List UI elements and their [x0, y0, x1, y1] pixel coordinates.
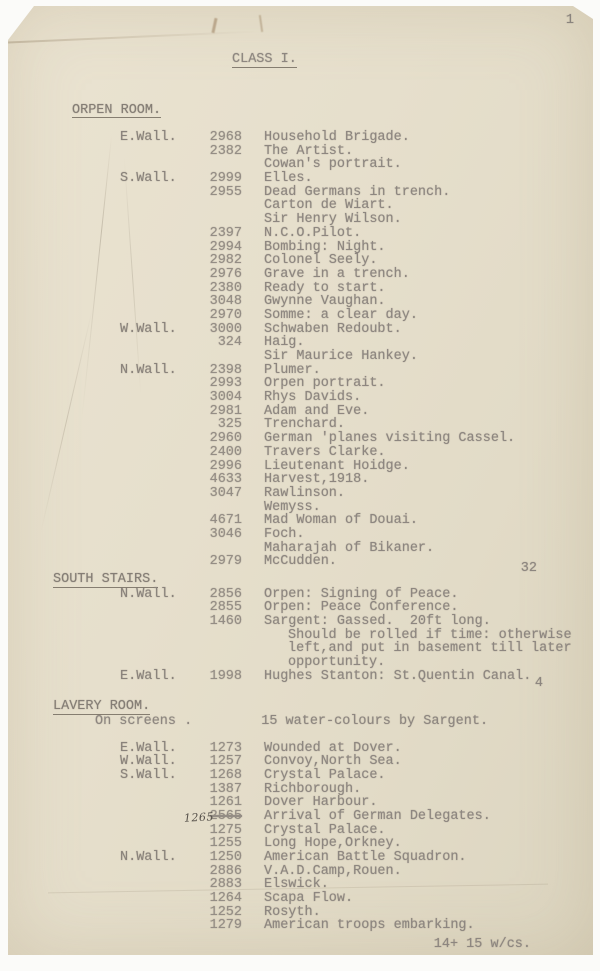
catalog-number-value: 3047: [210, 486, 242, 501]
table-row: 3046Foch.: [8, 528, 593, 542]
catalog-number: 1261: [206, 796, 242, 810]
wall-label: [120, 227, 206, 241]
painting-title: Long Hope,Orkney.: [264, 837, 402, 851]
catalog-number-value: 2955: [210, 185, 242, 200]
painting-title: Travers Clarke.: [264, 446, 386, 460]
painting-title: German 'planes visiting Cassel.: [264, 432, 515, 446]
wall-label: [120, 460, 206, 474]
margin-count: 4: [8, 679, 593, 689]
painting-title: Somme: a clear day.: [264, 309, 418, 323]
table-row: 2970Somme: a clear day.: [8, 309, 593, 323]
wall-label: [120, 336, 206, 350]
wall-label: [120, 199, 206, 213]
painting-title: Elswick.: [264, 878, 329, 892]
wall-label: [120, 145, 206, 159]
painting-title: Crystal Palace.: [264, 769, 386, 783]
wall-label: N.Wall.: [120, 588, 206, 602]
paper-stain: [259, 15, 263, 32]
paper-crease: [8, 31, 258, 44]
catalog-number: 1460: [206, 615, 242, 629]
painting-title: Gwynne Vaughan.: [264, 295, 386, 309]
table-row: 2982Colonel Seely.: [8, 254, 593, 268]
wall-label: [120, 601, 206, 615]
wall-label: [120, 824, 206, 838]
section-heading-text: ORPEN ROOM.: [72, 105, 161, 119]
table-row: S.Wall.1268Crystal Palace.: [8, 769, 593, 783]
wall-label: [120, 892, 206, 906]
table-row: 2883Elswick.: [8, 878, 593, 892]
catalog-number-value: 2382: [210, 144, 242, 159]
wall-label: [120, 642, 206, 656]
wall-label: [120, 629, 206, 643]
painting-title: Cowan's portrait.: [264, 158, 402, 172]
catalog-number: [206, 629, 242, 643]
wall-label: [120, 350, 206, 364]
catalog-number: [206, 213, 242, 227]
wall-label: [120, 377, 206, 391]
wall-label: S.Wall.: [120, 172, 206, 186]
page-title: CLASS I.: [232, 53, 593, 68]
catalog-number-value: 1279: [210, 918, 242, 933]
section-heading: LAVERY ROOM.: [53, 700, 593, 715]
table-row: 2960German 'planes visiting Cassel.: [8, 432, 593, 446]
wall-label: [120, 391, 206, 405]
catalog-number: 1279: [206, 919, 242, 933]
table-row: 1460Sargent: Gassed. 20ft long.: [8, 615, 593, 629]
table-row: S.Wall.2999Elles.: [8, 172, 593, 186]
catalog-number: 2976: [206, 268, 242, 282]
catalog-number: 3004: [206, 391, 242, 405]
wall-label: [120, 783, 206, 797]
catalog-number: 2883: [206, 878, 242, 892]
wall-label: [120, 418, 206, 432]
catalog-number: [206, 199, 242, 213]
section: SOUTH STAIRS.N.Wall.2856Orpen: Signing o…: [8, 573, 593, 693]
wall-label: [120, 487, 206, 501]
wall-label: W.Wall.: [120, 755, 206, 769]
catalog-number-value: 1460: [210, 614, 242, 629]
table-row: 4633Harvest,1918.: [8, 473, 593, 487]
table-row: 3048Gwynne Vaughan.: [8, 295, 593, 309]
wall-label: [120, 213, 206, 227]
catalog-number: 4671: [206, 514, 242, 528]
wall-label: W.Wall.: [120, 323, 206, 337]
painting-title: Sargent: Gassed. 20ft long.: [264, 615, 491, 629]
catalog-number: 3047: [206, 487, 242, 501]
wall-label: [120, 514, 206, 528]
wall-label: N.Wall.: [120, 364, 206, 378]
table-row: Sir Maurice Hankey.: [8, 350, 593, 364]
catalog-number: 1268: [206, 769, 242, 783]
catalog-number: 2999: [206, 172, 242, 186]
catalog-number-value: 324: [218, 335, 242, 350]
painting-title: Household Brigade.: [264, 131, 410, 145]
painting-title: Haig.: [264, 336, 305, 350]
wall-label: [120, 656, 206, 670]
footer-count-note: 14+ 15 w/cs.: [8, 938, 593, 952]
painting-title: American troops embarking.: [264, 919, 475, 933]
table-row: 4671Mad Woman of Douai.: [8, 514, 593, 528]
wall-label: E.Wall.: [120, 131, 206, 145]
wall-label: [120, 542, 206, 556]
catalog-number: 2960: [206, 432, 242, 446]
rows: N.Wall.2856Orpen: Signing of Peace.2855O…: [8, 588, 593, 684]
table-row: 2400Travers Clarke.: [8, 446, 593, 460]
wall-label: [120, 158, 206, 172]
painting-title: Harvest,1918.: [264, 473, 369, 487]
painting-title: left,and put in basement till later: [264, 642, 572, 656]
wall-label: [120, 309, 206, 323]
table-row: 2976Grave in a trench.: [8, 268, 593, 282]
table-row: opportunity.: [8, 656, 593, 670]
table-row: 3047Rawlinson.: [8, 487, 593, 501]
catalog-number-value: 3046: [210, 527, 242, 542]
painting-title: Mad Woman of Douai.: [264, 514, 418, 528]
wall-label: [120, 405, 206, 419]
wall-label: [120, 432, 206, 446]
rows: E.Wall.2968Household Brigade.2382The Art…: [8, 131, 593, 569]
painting-title: Orpen portrait.: [264, 377, 386, 391]
screens-row: On screens .15 water-colours by Sargent.: [8, 715, 593, 729]
catalog-number: [206, 642, 242, 656]
section-heading: ORPEN ROOM.: [72, 104, 593, 119]
catalog-number: 2855: [206, 601, 242, 615]
wall-label: [120, 878, 206, 892]
wall-label: [120, 837, 206, 851]
page-number: 1: [566, 14, 574, 28]
catalog-number: 4633: [206, 473, 242, 487]
catalog-number: 1250: [206, 851, 242, 865]
section-heading-text: LAVERY ROOM.: [53, 701, 150, 715]
wall-label: [120, 282, 206, 296]
wall-label: [120, 501, 206, 515]
table-row: 1255Long Hope,Orkney.: [8, 837, 593, 851]
table-row: 324Haig.: [8, 336, 593, 350]
wall-label: S.Wall.: [120, 769, 206, 783]
painting-title: Grave in a trench.: [264, 268, 410, 282]
painting-title: Rawlinson.: [264, 487, 345, 501]
painting-title: American Battle Squadron.: [264, 851, 467, 865]
scan-background: { "document": { "page_number": "1", "tit…: [0, 0, 600, 971]
wall-label: [120, 268, 206, 282]
wall-label: [120, 446, 206, 460]
catalog-number: 1255: [206, 837, 242, 851]
catalog-number: 3048: [206, 295, 242, 309]
catalog-number: 2400: [206, 446, 242, 460]
painting-title: Colonel Seely.: [264, 254, 377, 268]
table-row: 3004Rhys Davids.: [8, 391, 593, 405]
document-page: 1 CLASS I. ORPEN ROOM.E.Wall.2968Househo…: [8, 6, 593, 955]
screens-label: On screens .: [95, 715, 192, 729]
painting-title: Sir Maurice Hankey.: [264, 350, 418, 364]
wall-label: [120, 186, 206, 200]
section: ORPEN ROOM.E.Wall.2968Household Brigade.…: [8, 104, 593, 580]
table-row: 1279American troops embarking.: [8, 919, 593, 933]
painting-title: Elles.: [264, 172, 313, 186]
table-row: Cowan's portrait.: [8, 158, 593, 172]
table-row: 2993Orpen portrait.: [8, 377, 593, 391]
catalog-number: 2993: [206, 377, 242, 391]
section-heading-text: SOUTH STAIRS.: [53, 574, 158, 588]
catalog-number: 1264: [206, 892, 242, 906]
table-row: 1264Scapa Flow.: [8, 892, 593, 906]
table-row: W.Wall.1257Convoy,North Sea.: [8, 755, 593, 769]
painting-title: Orpen: Peace Conference.: [264, 601, 458, 615]
catalog-number: [206, 350, 242, 364]
wall-label: [120, 919, 206, 933]
catalog-number: 3046: [206, 528, 242, 542]
section: LAVERY ROOM.On screens .15 water-colours…: [8, 700, 593, 933]
catalog-number: 2968: [206, 131, 242, 145]
catalog-number: 2382: [206, 145, 242, 159]
wall-label: [120, 241, 206, 255]
catalog-number: 2982: [206, 254, 242, 268]
table-row: 1261Dover Harbour.: [8, 796, 593, 810]
section-heading: SOUTH STAIRS.: [53, 573, 593, 588]
table-row: 2397N.C.O.Pilot.: [8, 227, 593, 241]
catalog-number: 1257: [206, 755, 242, 769]
painting-title: opportunity.: [264, 656, 385, 670]
rows: E.Wall.1273Wounded at Dover.W.Wall.1257C…: [8, 742, 593, 934]
wall-label: N.Wall.: [120, 851, 206, 865]
catalog-number: [206, 158, 242, 172]
painting-title: Arrival of German Delegates.: [264, 810, 491, 824]
table-row: 2855Orpen: Peace Conference.: [8, 601, 593, 615]
table-row: Sir Henry Wilson.: [8, 213, 593, 227]
painting-title: Convoy,North Sea.: [264, 755, 402, 769]
painting-title: Dover Harbour.: [264, 796, 377, 810]
table-row: left,and put in basement till later: [8, 642, 593, 656]
catalog-number: 2397: [206, 227, 242, 241]
table-row: E.Wall.2968Household Brigade.: [8, 131, 593, 145]
painting-title: Rhys Davids.: [264, 391, 361, 405]
table-row: 25651265Arrival of German Delegates.: [8, 810, 593, 824]
screens-note: 15 water-colours by Sargent.: [261, 715, 488, 729]
painting-title: Foch.: [264, 528, 305, 542]
catalog-number: 25651265: [206, 810, 242, 824]
wall-label: [120, 295, 206, 309]
catalog-number: 2970: [206, 309, 242, 323]
page-title-text: CLASS I.: [232, 54, 297, 68]
wall-label: [120, 615, 206, 629]
painting-title: Scapa Flow.: [264, 892, 353, 906]
wall-label: [120, 906, 206, 920]
paper-stain: [211, 18, 217, 33]
painting-title: Sir Henry Wilson.: [264, 213, 402, 227]
wall-label: [120, 865, 206, 879]
wall-label: [120, 528, 206, 542]
table-row: N.Wall.1250American Battle Squadron.: [8, 851, 593, 865]
painting-title: N.C.O.Pilot.: [264, 227, 361, 241]
wall-label: [120, 473, 206, 487]
catalog-number: 324: [206, 336, 242, 350]
wall-label: [120, 796, 206, 810]
wall-label: [120, 254, 206, 268]
catalog-number: 2955: [206, 186, 242, 200]
catalog-number: [206, 656, 242, 670]
document-sections: ORPEN ROOM.E.Wall.2968Household Brigade.…: [8, 104, 593, 934]
